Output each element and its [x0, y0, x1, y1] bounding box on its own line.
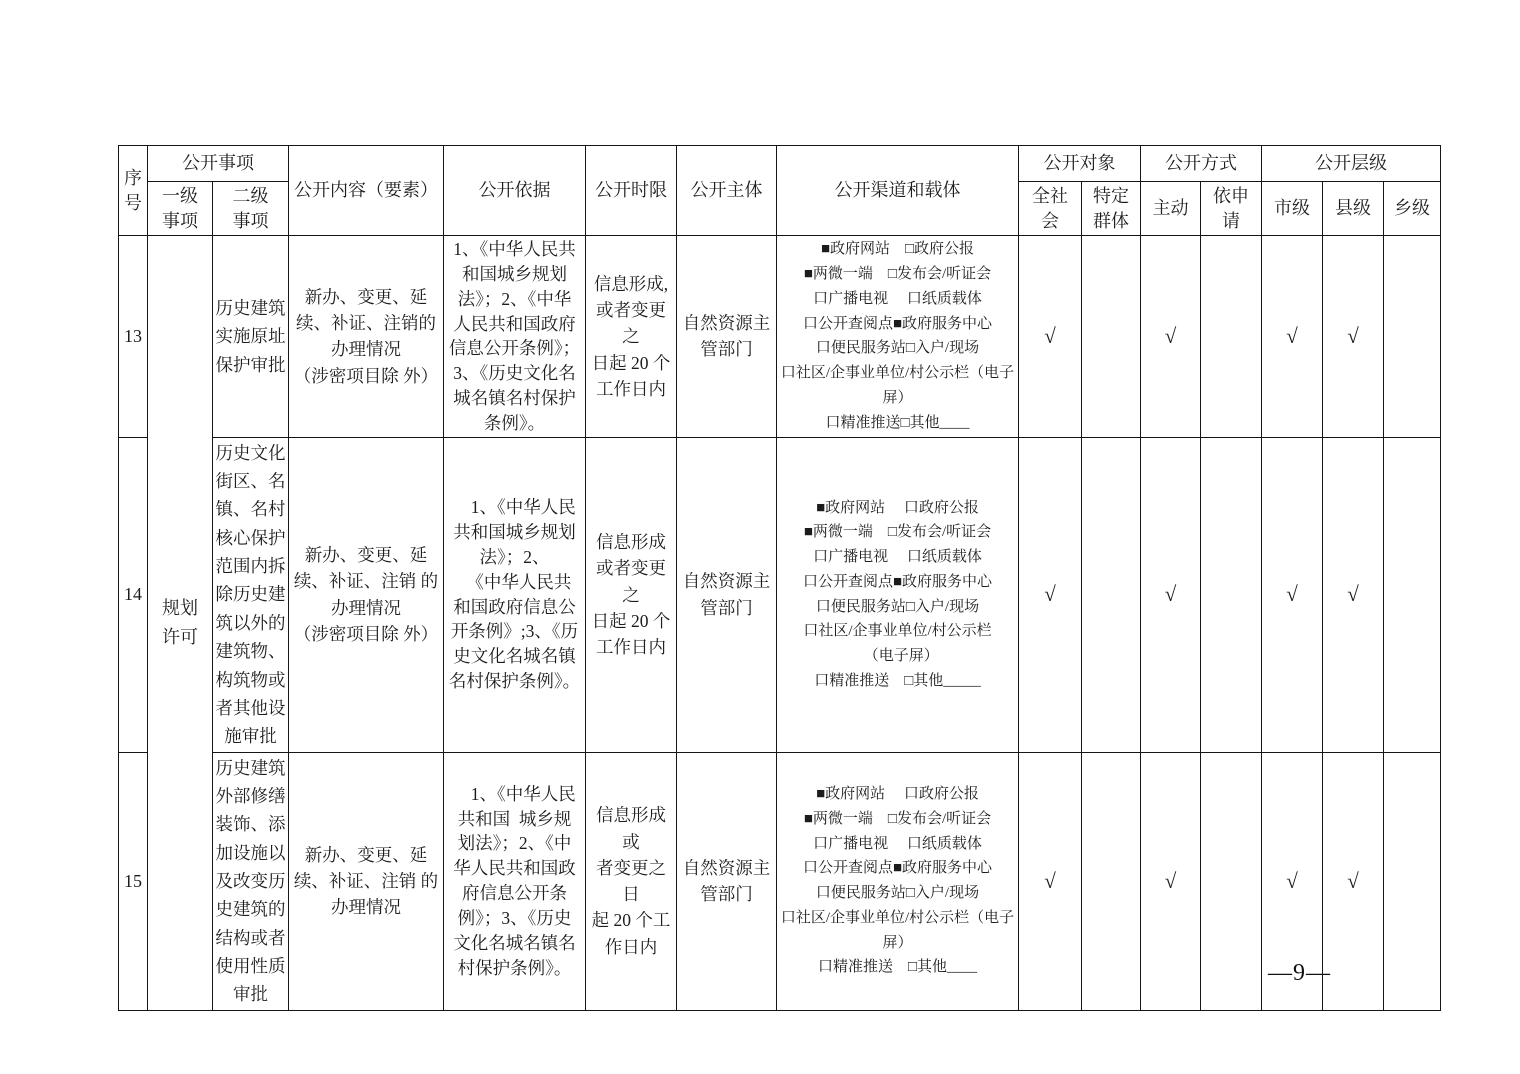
row-13-check-on-request — [1201, 236, 1262, 438]
row-14-check-specific-group — [1082, 437, 1141, 752]
header-specific-group: 特定 群体 — [1082, 182, 1141, 236]
row-13-subject: 自然资源主 管部门 — [677, 236, 777, 438]
row-13-basis: 1、《中华人民共 和国城乡规划 法》；2、《中华 人民共和国政府 信息公开条例》… — [444, 236, 586, 438]
row-15-check-county: √ — [1323, 752, 1384, 1010]
row-15-time-limit: 信息形成或 者变更之日 起 20 个工 作日内 — [586, 752, 677, 1010]
row-14-subject: 自然资源主 管部门 — [677, 437, 777, 752]
row-13-second-level: 历史建筑 实施原址 保护审批 — [213, 236, 289, 438]
table-row-14: 14 历史文化 街区、名 镇、名村 核心保护 范围内拆 除历史建 筑以外的 建筑… — [119, 437, 1441, 752]
header-subject: 公开主体 — [677, 146, 777, 236]
header-city-level: 市级 — [1262, 182, 1323, 236]
header-level2-item: 二级 事项 — [213, 182, 289, 236]
row-14-check-proactive: √ — [1141, 437, 1201, 752]
row-13-time-limit: 信息形成, 或者变更之 日起 20 个 工作日内 — [586, 236, 677, 438]
header-basis: 公开依据 — [444, 146, 586, 236]
row-13-check-city: √ — [1262, 236, 1323, 438]
row-13-check-all-society: √ — [1019, 236, 1082, 438]
row-13-channels: ■政府网站 □政府公报 ■两微一端 □发布会/听证会 口广播电视 口纸质载体 口… — [777, 236, 1019, 438]
row-13-check-proactive: √ — [1141, 236, 1201, 438]
row-14-content: 新办、变更、延 续、补证、注销 的 办理情况 （涉密项目除 外） — [289, 437, 444, 752]
header-time-limit: 公开时限 — [586, 146, 677, 236]
header-method: 公开方式 — [1141, 146, 1262, 182]
row-14-check-city: √ — [1262, 437, 1323, 752]
row-14-seq: 14 — [119, 437, 148, 752]
first-level-item-cell: 规划 许可 — [148, 236, 213, 1011]
row-14-check-on-request — [1201, 437, 1262, 752]
header-proactive: 主动 — [1141, 182, 1201, 236]
header-county-level: 县级 — [1323, 182, 1384, 236]
row-14-time-limit: 信息形成 或者变更之 日起 20 个 工作日内 — [586, 437, 677, 752]
row-15-subject: 自然资源主 管部门 — [677, 752, 777, 1010]
row-13-check-township — [1384, 236, 1441, 438]
row-13-check-specific-group — [1082, 236, 1141, 438]
row-15-check-all-society: √ — [1019, 752, 1082, 1010]
page-number: —9— — [1268, 960, 1331, 987]
row-14-second-level: 历史文化 街区、名 镇、名村 核心保护 范围内拆 除历史建 筑以外的 建筑物、 … — [213, 437, 289, 752]
header-level: 公开层级 — [1262, 146, 1441, 182]
header-channels: 公开渠道和载体 — [777, 146, 1019, 236]
disclosure-items-table: 序 号 公开事项 公开内容（要素） 公开依据 公开时限 公开主体 公开渠道和载体… — [118, 145, 1441, 1011]
row-15-content: 新办、变更、延 续、补证、注销 的 办理情况 — [289, 752, 444, 1010]
row-14-channels: ■政府网站 口政府公报 ■两微一端 □发布会/听证会 口广播电视 口纸质载体 口… — [777, 437, 1019, 752]
table-row-15: 15 历史建筑 外部修缮 装饰、添 加设施以 及改变历 史建筑的 结构或者 使用… — [119, 752, 1441, 1010]
row-15-check-on-request — [1201, 752, 1262, 1010]
row-13-check-county: √ — [1323, 236, 1384, 438]
row-14-check-township — [1384, 437, 1441, 752]
header-on-request: 依申 请 — [1201, 182, 1262, 236]
row-14-check-all-society: √ — [1019, 437, 1082, 752]
row-15-check-specific-group — [1082, 752, 1141, 1010]
table-row-13: 13 规划 许可 历史建筑 实施原址 保护审批 新办、变更、延 续、补证、注销的… — [119, 236, 1441, 438]
header-content: 公开内容（要素） — [289, 146, 444, 236]
row-13-seq: 13 — [119, 236, 148, 438]
row-15-channels: ■政府网站 口政府公报 ■两微一端 □发布会/听证会 口广播电视 口纸质载体 口… — [777, 752, 1019, 1010]
header-township-level: 乡级 — [1384, 182, 1441, 236]
row-15-check-township — [1384, 752, 1441, 1010]
header-seq: 序 号 — [119, 146, 148, 236]
header-level1-item: 一级 事项 — [148, 182, 213, 236]
row-15-check-proactive: √ — [1141, 752, 1201, 1010]
row-14-basis: 1、《中华人民 共和国城乡规划 法》；2、 《中华人民共 和国政府信息公 开条例… — [444, 437, 586, 752]
header-public-items: 公开事项 — [148, 146, 289, 182]
row-15-seq: 15 — [119, 752, 148, 1010]
row-13-content: 新办、变更、延 续、补证、注销的 办理情况 （涉密项目除 外） — [289, 236, 444, 438]
header-all-society: 全社 会 — [1019, 182, 1082, 236]
row-14-check-county: √ — [1323, 437, 1384, 752]
row-15-basis: 1、《中华人民 共和国 城乡规 划法》；2、《中 华人民共和国政 府信息公开条 … — [444, 752, 586, 1010]
header-audience: 公开对象 — [1019, 146, 1141, 182]
row-15-second-level: 历史建筑 外部修缮 装饰、添 加设施以 及改变历 史建筑的 结构或者 使用性质 … — [213, 752, 289, 1010]
